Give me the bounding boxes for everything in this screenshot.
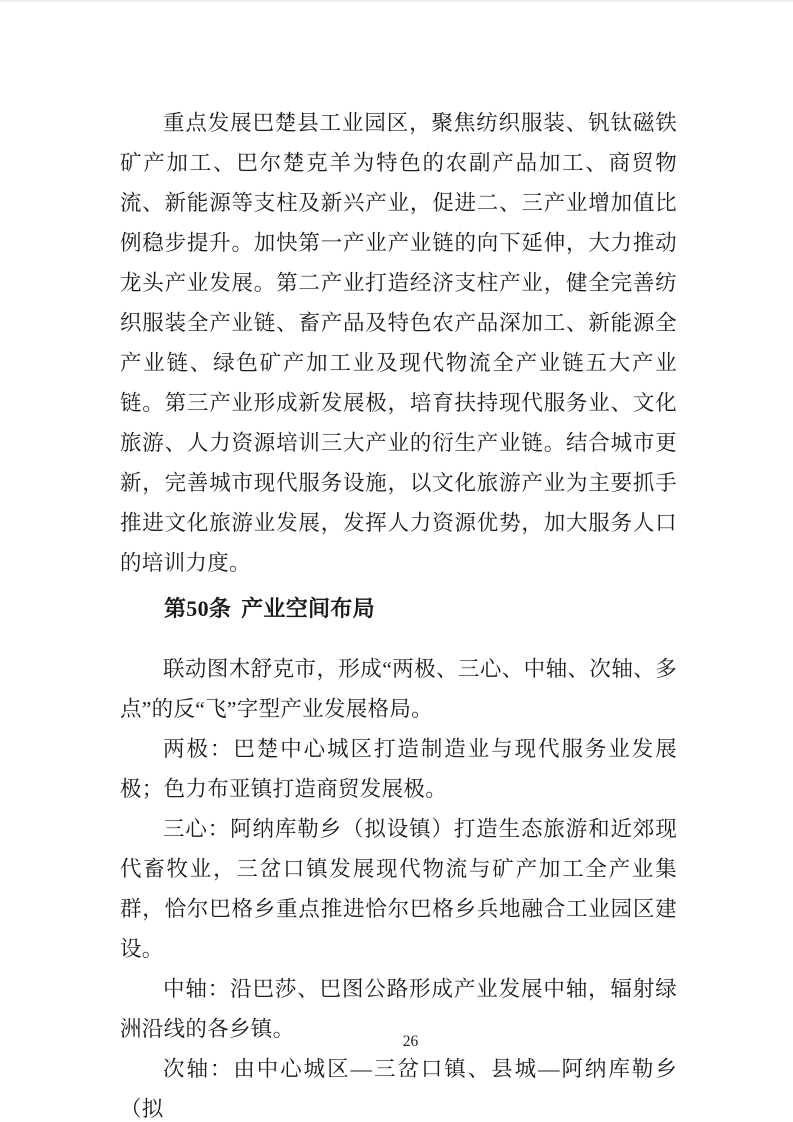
page-content: 重点发展巴楚县工业园区，聚焦纺织服装、钒钛磁铁矿产加工、巴尔楚克羊为特色的农副产…: [120, 103, 677, 1122]
overview-paragraph: 联动图木舒克市，形成“两极、三心、中轴、次轴、多点”的反“飞”字型产业发展格局。: [120, 649, 677, 729]
two-poles-paragraph: 两极：巴楚中心城区打造制造业与现代服务业发展极；色力布亚镇打造商贸发展极。: [120, 729, 677, 809]
document-page: 重点发展巴楚县工业园区，聚焦纺织服装、钒钛磁铁矿产加工、巴尔楚克羊为特色的农副产…: [0, 0, 793, 1122]
page-number: 26: [403, 1033, 419, 1050]
three-centers-paragraph: 三心：阿纳库勒乡（拟设镇）打造生态旅游和近郊现代畜牧业，三岔口镇发展现代物流与矿…: [120, 809, 677, 969]
intro-paragraph: 重点发展巴楚县工业园区，聚焦纺织服装、钒钛磁铁矿产加工、巴尔楚克羊为特色的农副产…: [120, 103, 677, 583]
secondary-axis-paragraph: 次轴：由中心城区—三岔口镇、县城—阿纳库勒乡（拟: [120, 1049, 677, 1122]
article-title: 产业空间布局: [241, 596, 375, 621]
article-number: 第50条: [164, 596, 231, 621]
article-heading: 第50条产业空间布局: [120, 589, 677, 629]
page-footer: 26: [0, 1033, 793, 1051]
